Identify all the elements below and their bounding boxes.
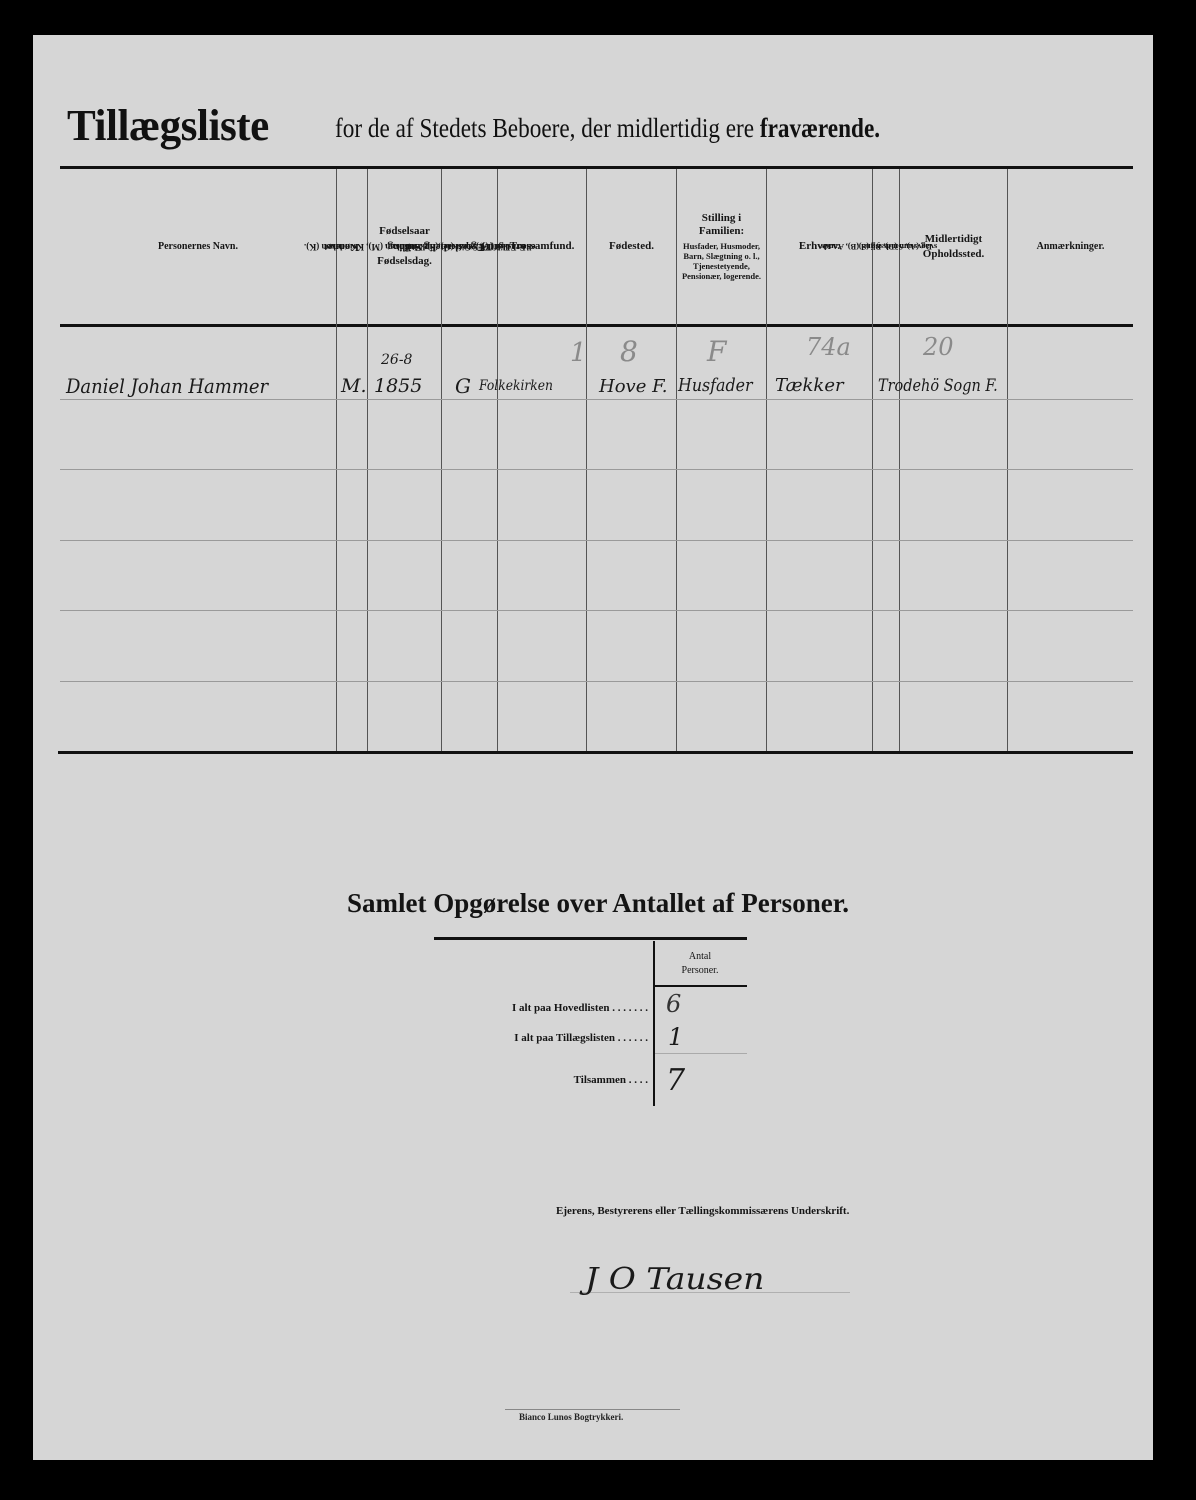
subtitle-text: for de af Stedets Beboere, der midlertid… <box>335 113 754 143</box>
row-divider <box>60 610 1133 611</box>
row-divider <box>60 540 1133 541</box>
printer-rule <box>505 1409 680 1410</box>
summary-top-rule <box>434 937 747 940</box>
table-bottom-rule <box>58 751 1133 754</box>
cell-sex: M. <box>341 375 367 397</box>
signature-value: J O Tausen <box>585 1262 764 1297</box>
summary-value-main-list: 6 <box>666 990 681 1018</box>
header-bottom-rule <box>60 324 1133 327</box>
summary-header-rule <box>655 985 747 987</box>
header-family-detail: Husfader, Husmoder, Barn, Slægtning o. l… <box>680 241 764 281</box>
header-sex: KønnetMandkøn (M), Kvindekøn (K). <box>337 169 367 324</box>
cell-religion-mark: 1 <box>570 338 587 368</box>
summary-title: Samlet Opgørelse over Antallet af Person… <box>0 888 1196 919</box>
header-remarks: Anmærkninger. <box>1008 169 1133 324</box>
header-disability: Døvstum (D), Blind (B), Aands-svag (A), … <box>873 169 899 324</box>
cell-name: Daniel Johan Hammer <box>66 374 268 398</box>
cell-birthplace: Hove F. <box>599 376 667 397</box>
signature-label: Ejerens, Bestyrerens eller Tællingskommi… <box>556 1205 849 1217</box>
row-divider <box>60 681 1133 682</box>
header-temp-residence: Midlertidigt Opholdssted. <box>900 169 1007 324</box>
cell-birthplace-mark: 8 <box>620 335 638 368</box>
cell-occupation: Tækker <box>775 375 844 396</box>
summary-label-supplementary-list: I alt paa Tillægslisten . . . . . . <box>514 1032 648 1044</box>
form-title: Tillægsliste <box>67 100 269 151</box>
header-religion: Trossamfund. <box>498 169 586 324</box>
summary-column-header: Antal Personer. <box>672 945 728 983</box>
cell-family-mark: F <box>707 335 726 368</box>
header-family-title: Stilling i Familien: <box>692 212 752 238</box>
header-family-position: Stilling i Familien: Husfader, Husmoder,… <box>677 169 766 324</box>
summary-value-supplementary-list: 1 <box>668 1023 683 1051</box>
cell-temp-residence: Trodehö Sogn F. <box>878 376 998 396</box>
cell-occupation-mark: 74a <box>806 333 851 361</box>
subtitle-emphasis: fraværende. <box>760 113 880 143</box>
row-divider <box>60 399 1133 400</box>
cell-religion: Folkekirken <box>479 378 553 394</box>
row-divider <box>60 469 1133 470</box>
cell-residence-mark: 20 <box>923 333 954 361</box>
form-subtitle: for de af Stedets Beboere, der midlertid… <box>335 113 880 144</box>
summary-value-total: 7 <box>666 1063 685 1098</box>
cell-family-position: Husfader <box>678 375 753 396</box>
summary-label-main-list: I alt paa Hovedlisten . . . . . . . <box>512 1002 648 1014</box>
cell-birth-year: 1855 <box>374 375 422 397</box>
summary-total-rule <box>655 1053 747 1054</box>
cell-birth-day: 26-8 <box>381 352 412 368</box>
summary-column-divider <box>653 941 655 1106</box>
cell-marital: G <box>455 374 471 398</box>
header-marital: Ægteskabelig Stilling.Ugift (U), Gift (G… <box>442 169 497 324</box>
printer-credit: Bianco Lunos Bogtrykkeri. <box>519 1412 623 1422</box>
summary-label-total: Tilsammen . . . . <box>574 1074 648 1086</box>
header-birthplace: Fødested. <box>587 169 676 324</box>
